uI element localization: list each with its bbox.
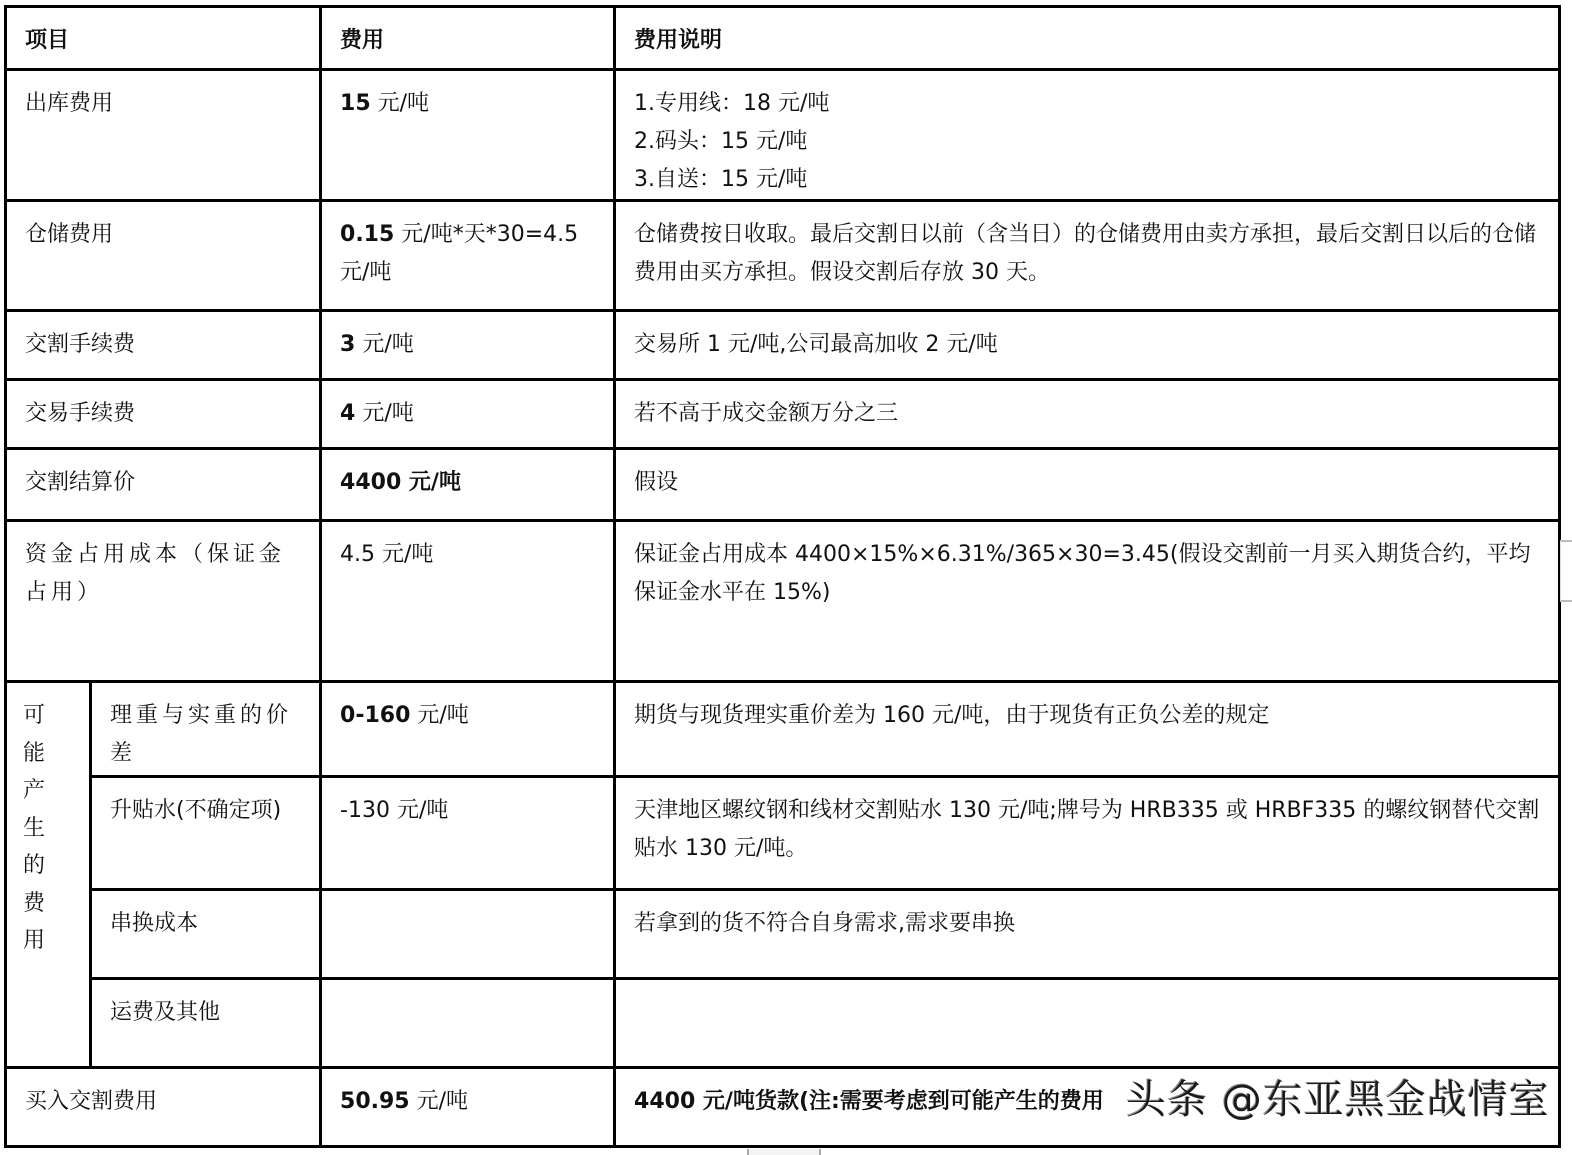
header-fee: 费用: [321, 7, 615, 70]
row-item: 运费及其他: [91, 979, 321, 1068]
row-description: 仓储费按日收取。最后交割日以前（含当日）的仓储费用由卖方承担，最后交割日以后的仓…: [615, 201, 1560, 311]
table-row: 交割手续费 3 元/吨 交易所 1 元/吨,公司最高加收 2 元/吨: [6, 311, 1560, 380]
table-row: 升贴水(不确定项) -130 元/吨 天津地区螺纹钢和线材交割贴水 130 元/…: [6, 777, 1560, 890]
row-item: 资金占用成本（保证金占用）: [6, 521, 321, 682]
row-fee: 4.5 元/吨: [321, 521, 615, 682]
table-row: 仓储费用 0.15 元/吨*天*30=4.5 元/吨 仓储费按日收取。最后交割日…: [6, 201, 1560, 311]
table-row: 运费及其他: [6, 979, 1560, 1068]
row-description: 若不高于成交金额万分之三: [615, 380, 1560, 449]
group-label: 可能产生的费用: [6, 682, 91, 1068]
row-description: 假设: [615, 449, 1560, 521]
row-item: 交割结算价: [6, 449, 321, 521]
row-fee: [321, 979, 615, 1068]
table-row: 交割结算价 4400 元/吨 假设: [6, 449, 1560, 521]
desc-line: 2.码头：15 元/吨: [634, 123, 1542, 161]
fee-table: 项目 费用 费用说明 出库费用 15 元/吨 1.专用线：18 元/吨 2.码头…: [4, 5, 1561, 1148]
table-row: 出库费用 15 元/吨 1.专用线：18 元/吨 2.码头：15 元/吨 3.自…: [6, 70, 1560, 201]
scroll-artifact: [747, 1149, 821, 1155]
row-fee: 4 元/吨: [321, 380, 615, 449]
row-fee: [321, 890, 615, 979]
row-description: 交易所 1 元/吨,公司最高加收 2 元/吨: [615, 311, 1560, 380]
row-item: 升贴水(不确定项): [91, 777, 321, 890]
row-fee: 4400 元/吨: [321, 449, 615, 521]
table-row: 交易手续费 4 元/吨 若不高于成交金额万分之三: [6, 380, 1560, 449]
row-item: 理重与实重的价差: [91, 682, 321, 777]
row-fee: 15 元/吨: [321, 70, 615, 201]
total-item: 买入交割费用: [6, 1068, 321, 1147]
row-description: 期货与现货理实重价差为 160 元/吨，由于现货有正负公差的规定: [615, 682, 1560, 777]
row-fee: -130 元/吨: [321, 777, 615, 890]
row-description: 天津地区螺纹钢和线材交割贴水 130 元/吨;牌号为 HRB335 或 HRBF…: [615, 777, 1560, 890]
table-header-row: 项目 费用 费用说明: [6, 7, 1560, 70]
table-row: 串换成本 若拿到的货不符合自身需求,需求要串换: [6, 890, 1560, 979]
row-item: 出库费用: [6, 70, 321, 201]
row-item: 交割手续费: [6, 311, 321, 380]
total-fee: 50.95 元/吨: [321, 1068, 615, 1147]
header-description: 费用说明: [615, 7, 1560, 70]
table-row: 可能产生的费用 理重与实重的价差 0-160 元/吨 期货与现货理实重价差为 1…: [6, 682, 1560, 777]
header-item: 项目: [6, 7, 321, 70]
scroll-artifact: [1560, 540, 1572, 602]
desc-line: 3.自送：15 元/吨: [634, 161, 1542, 199]
row-item: 仓储费用: [6, 201, 321, 311]
table-row: 资金占用成本（保证金占用） 4.5 元/吨 保证金占用成本 4400×15%×6…: [6, 521, 1560, 682]
row-description: 1.专用线：18 元/吨 2.码头：15 元/吨 3.自送：15 元/吨: [615, 70, 1560, 201]
row-description: 若拿到的货不符合自身需求,需求要串换: [615, 890, 1560, 979]
desc-line: 1.专用线：18 元/吨: [634, 85, 1542, 123]
row-item: 串换成本: [91, 890, 321, 979]
watermark: 头条 @东亚黑金战情室: [1126, 1068, 1550, 1125]
row-description: [615, 979, 1560, 1068]
row-fee: 0-160 元/吨: [321, 682, 615, 777]
row-description: 保证金占用成本 4400×15%×6.31%/365×30=3.45(假设交割前…: [615, 521, 1560, 682]
row-fee: 0.15 元/吨*天*30=4.5 元/吨: [321, 201, 615, 311]
row-item: 交易手续费: [6, 380, 321, 449]
row-fee: 3 元/吨: [321, 311, 615, 380]
